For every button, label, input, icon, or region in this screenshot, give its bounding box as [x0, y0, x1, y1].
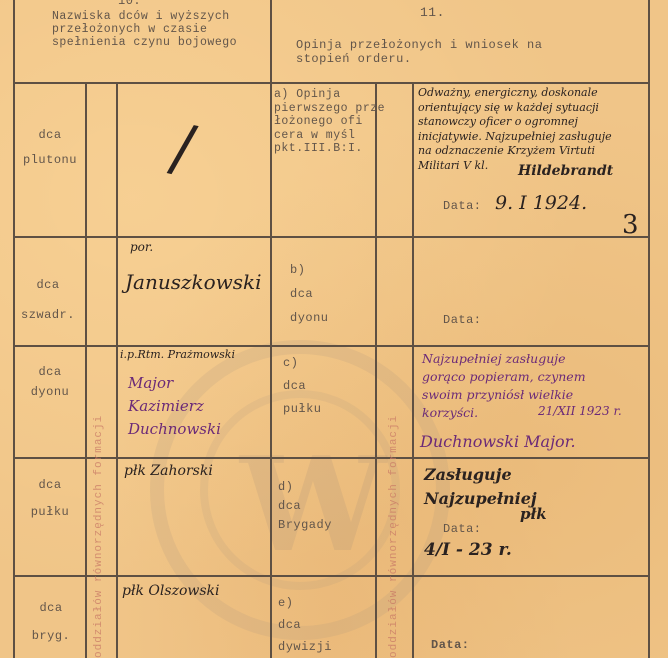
rank-label: dca bryg.	[22, 594, 80, 650]
date-inline: 21/XII 1923 r.	[538, 404, 622, 418]
side-stamp-left: oddziałów równorzędnych formacji	[93, 415, 105, 658]
opinion-signature: Hildebrandt	[518, 163, 613, 179]
date-label: Data:	[443, 313, 482, 327]
date-label: Data:	[431, 638, 470, 652]
rank-label: dca dyonu	[20, 362, 80, 402]
rank-label: dca plutonu	[20, 123, 80, 173]
page-mark: 3	[622, 210, 639, 240]
opinion-text: Odważny, energiczny, doskonale orientują…	[418, 86, 612, 173]
opinion-label: d) dca Brygady	[278, 478, 332, 535]
grid-line-v-opinion-text	[412, 82, 414, 658]
grid-line-h-header	[13, 82, 650, 84]
commander-name: płk Zahorski	[124, 463, 213, 479]
opinion-signature: Duchnowski Major.	[420, 432, 576, 451]
date-value: 4/I - 23 r.	[424, 540, 512, 560]
rank-label: dca szwadr.	[14, 270, 82, 330]
grid-line-v-rank	[85, 82, 87, 658]
opinion-label: e) dca dywizji	[278, 592, 332, 658]
column-11-number: 11.	[420, 6, 445, 20]
commander-name: /	[165, 111, 201, 188]
grid-line-h-row4	[13, 575, 650, 577]
date-value: 9. I 1924.	[495, 192, 587, 214]
opinion-label: c) dca pułku	[283, 352, 322, 421]
grid-line-v-opinion-label	[375, 82, 377, 658]
commander-name: płk Olszowski	[122, 583, 220, 599]
column-11-title: Opinja przełożonych i wniosek na stopień…	[296, 38, 542, 66]
opinion-label: b) dca dyonu	[290, 258, 329, 330]
grid-line-h-row3	[13, 457, 650, 459]
commander-name: Januszkowski	[125, 270, 262, 294]
grid-line-h-row1	[13, 236, 650, 238]
opinion-signature: płk	[520, 505, 547, 523]
commander-rank: por.	[130, 240, 153, 254]
date-label: Data:	[443, 522, 482, 536]
commander-note: i.p.Rtm. Prażmowski	[120, 348, 235, 361]
column-10-number: 10.	[118, 0, 141, 8]
side-stamp-right: oddziałów równorzędnych formacji	[388, 415, 400, 658]
grid-line-v-outer-right	[648, 0, 650, 658]
commander-name: Major Kazimierz Duchnowski	[128, 372, 221, 441]
column-10-title: Nazwiska dców i wyższych przełożonych w …	[52, 10, 237, 49]
grid-line-v-col10-right	[270, 0, 272, 658]
opinion-text: Zasługuje Najzupełniej	[424, 463, 537, 511]
grid-line-h-row2	[13, 345, 650, 347]
grid-line-v-stamp	[116, 82, 118, 658]
rank-label: dca pułku	[20, 472, 80, 526]
date-label: Data:	[443, 199, 482, 213]
opinion-label: a) Opinja pierwszego prze łożonego ofi c…	[274, 88, 385, 156]
